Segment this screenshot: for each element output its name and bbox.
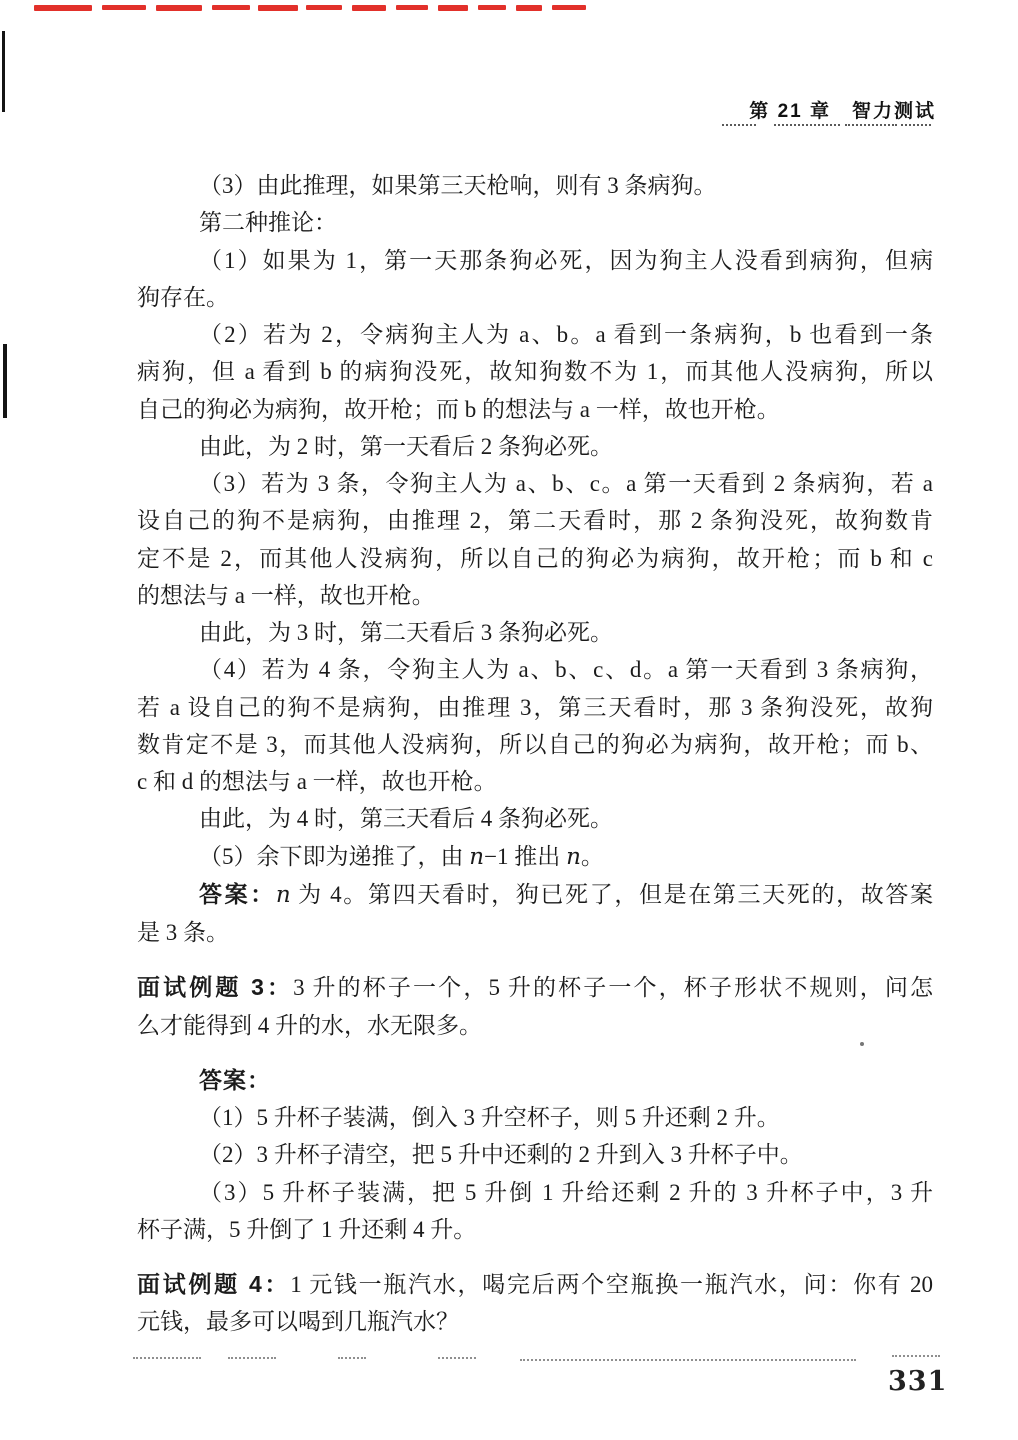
text-segment: 第二种推论： [199, 210, 337, 235]
left-edge-scan-mark [3, 344, 7, 418]
text-segment: 是 3 条。 [137, 920, 229, 945]
text-segment: 1 元钱一瓶汽水，喝完后两个空瓶换一瓶汽水，问：你有 20 [290, 1272, 933, 1297]
red-scan-mark [212, 5, 250, 10]
red-scan-mark [258, 5, 298, 11]
text-segment: 杯子满，5 升倒了 1 升还剩 4 升。 [137, 1217, 476, 1242]
red-scan-mark [102, 5, 146, 10]
text-line: 答案： [137, 1062, 933, 1099]
text-segment: （3）5 升杯子装满，把 5 升倒 1 升给还剩 2 升的 3 升杯子中，3 升 [199, 1180, 933, 1205]
text-segment: 设自己的狗不是病狗，由推理 2，第二天看时，那 2 条狗没死，故狗数肯 [137, 508, 933, 533]
text-line: 病狗，但 a 看到 b 的病狗没死，故知狗数不为 1，而其他人没病狗，所以 [137, 353, 933, 390]
text-segment: n [566, 844, 581, 870]
left-edge-scan-mark [2, 31, 5, 112]
text-line: （5）余下即为递推了，由 n−1 推出 n。 [137, 838, 933, 876]
text-segment: （1）5 升杯子装满，倒入 3 升空杯子，则 5 升还剩 2 升。 [199, 1105, 780, 1130]
header-rule-segment [845, 124, 897, 126]
text-segment: 元钱，最多可以喝到几瓶汽水？ [137, 1309, 459, 1334]
text-segment: （3）若为 3 条，令狗主人为 a、b、c。a 第一天看到 2 条病狗，若 a [199, 471, 933, 496]
text-segment: −1 推出 [484, 844, 566, 869]
footer-rule-segment [520, 1359, 856, 1361]
text-segment: n [276, 882, 291, 908]
text-line: c 和 d 的想法与 a 一样，故也开枪。 [137, 763, 933, 800]
text-segment: 由此，为 3 时，第二天看后 3 条狗必死。 [199, 620, 613, 645]
header-rule-segment [774, 124, 840, 126]
red-scan-mark [552, 5, 586, 10]
text-segment: （1）如果为 1，第一天那条狗必死，因为狗主人没看到病狗，但病 [199, 248, 933, 273]
text-line: （2）若为 2，令病狗主人为 a、b。a 看到一条病狗，b 也看到一条 [137, 316, 933, 353]
text-line: 第二种推论： [137, 204, 933, 241]
text-segment: 为 4。第四天看时，狗已死了，但是在第三天死的，故答案 [291, 882, 933, 907]
text-line: 狗存在。 [137, 279, 933, 316]
text-line: 面试例题 4：1 元钱一瓶汽水，喝完后两个空瓶换一瓶汽水，问：你有 20 [137, 1266, 933, 1303]
text-line: 是 3 条。 [137, 914, 933, 951]
bold-label: 面试例题 4： [137, 1271, 290, 1297]
text-block: （3）由此推理，如果第三天枪响，则有 3 条病狗。第二种推论：（1）如果为 1，… [137, 167, 933, 1341]
text-line: 由此，为 4 时，第三天看后 4 条狗必死。 [137, 800, 933, 837]
footer-rule-segment [133, 1357, 201, 1359]
header-rule-segment [901, 124, 931, 126]
red-scan-mark [478, 5, 506, 10]
book-page: 第 21 章 智力测试 （3）由此推理，如果第三天枪响，则有 3 条病狗。第二种… [0, 0, 1018, 1440]
footer-rule-segment [338, 1357, 366, 1359]
page-number: 331 [888, 1366, 947, 1397]
text-line: 自己的狗必为病狗，故开枪；而 b 的想法与 a 一样，故也开枪。 [137, 391, 933, 428]
text-segment: 狗存在。 [137, 285, 229, 310]
text-segment: 由此，为 4 时，第三天看后 4 条狗必死。 [199, 806, 613, 831]
text-line: 若 a 设自己的狗不是病狗，由推理 3，第三天看时，那 3 条狗没死，故狗 [137, 689, 933, 726]
text-segment: 3 升的杯子一个，5 升的杯子一个，杯子形状不规则，问怎 [293, 975, 933, 1000]
text-segment: n [469, 844, 484, 870]
text-line: （3）若为 3 条，令狗主人为 a、b、c。a 第一天看到 2 条病狗，若 a [137, 465, 933, 502]
chapter-running-head: 第 21 章 智力测试 [749, 96, 936, 123]
bold-label: 答案： [199, 1067, 271, 1093]
text-segment: 自己的狗必为病狗，故开枪；而 b 的想法与 a 一样，故也开枪。 [137, 397, 780, 422]
red-scan-mark [352, 5, 386, 11]
text-line: 由此，为 2 时，第一天看后 2 条狗必死。 [137, 428, 933, 465]
text-line: 杯子满，5 升倒了 1 升还剩 4 升。 [137, 1211, 933, 1248]
text-line: 由此，为 3 时，第二天看后 3 条狗必死。 [137, 614, 933, 651]
scan-speck [860, 1042, 864, 1046]
red-scan-mark [156, 5, 202, 11]
text-segment: （4）若为 4 条，令狗主人为 a、b、c、d。a 第一天看到 3 条病狗， [199, 657, 933, 682]
text-segment: 病狗，但 a 看到 b 的病狗没死，故知狗数不为 1，而其他人没病狗，所以 [137, 359, 933, 384]
red-scan-mark [396, 5, 428, 10]
red-scan-mark [516, 5, 542, 11]
text-segment: 。 [581, 844, 604, 869]
red-scan-mark [306, 5, 342, 10]
text-segment: 由此，为 2 时，第一天看后 2 条狗必死。 [199, 434, 613, 459]
text-segment: 若 a 设自己的狗不是病狗，由推理 3，第三天看时，那 3 条狗没死，故狗 [137, 695, 933, 720]
footer-rule-segment [438, 1357, 476, 1359]
text-segment: 数肯定不是 3，而其他人没病狗，所以自己的狗必为病狗，故开枪；而 b、 [137, 732, 933, 757]
text-line: 设自己的狗不是病狗，由推理 2，第二天看时，那 2 条狗没死，故狗数肯 [137, 502, 933, 539]
text-line: （1）5 升杯子装满，倒入 3 升空杯子，则 5 升还剩 2 升。 [137, 1099, 933, 1136]
text-segment: （2）若为 2，令病狗主人为 a、b。a 看到一条病狗，b 也看到一条 [199, 322, 933, 347]
text-segment: （2）3 升杯子清空，把 5 升中还剩的 2 升到入 3 升杯子中。 [199, 1142, 803, 1167]
text-segment: （3）由此推理，如果第三天枪响，则有 3 条病狗。 [199, 173, 717, 198]
text-line: （1）如果为 1，第一天那条狗必死，因为狗主人没看到病狗，但病 [137, 242, 933, 279]
red-scan-mark [438, 5, 468, 11]
text-segment: 定不是 2，而其他人没病狗，所以自己的狗必为病狗，故开枪；而 b 和 c [137, 546, 933, 571]
bold-label: 答案： [199, 881, 276, 907]
text-line: 数肯定不是 3，而其他人没病狗，所以自己的狗必为病狗，故开枪；而 b、 [137, 726, 933, 763]
footer-rule-segment [892, 1355, 940, 1357]
bold-label: 面试例题 3： [137, 974, 293, 1000]
text-segment: c 和 d 的想法与 a 一样，故也开枪。 [137, 769, 497, 794]
text-line: 的想法与 a 一样，故也开枪。 [137, 577, 933, 614]
text-segment: （5）余下即为递推了，由 [199, 844, 469, 869]
text-line: （4）若为 4 条，令狗主人为 a、b、c、d。a 第一天看到 3 条病狗， [137, 651, 933, 688]
text-line: 定不是 2，而其他人没病狗，所以自己的狗必为病狗，故开枪；而 b 和 c [137, 540, 933, 577]
text-line: （3）5 升杯子装满，把 5 升倒 1 升给还剩 2 升的 3 升杯子中，3 升 [137, 1174, 933, 1211]
text-line: 面试例题 3：3 升的杯子一个，5 升的杯子一个，杯子形状不规则，问怎 [137, 969, 933, 1006]
text-line: （3）由此推理，如果第三天枪响，则有 3 条病狗。 [137, 167, 933, 204]
header-rule-segment [722, 124, 756, 126]
text-line: 么才能得到 4 升的水，水无限多。 [137, 1007, 933, 1044]
text-segment: 的想法与 a 一样，故也开枪。 [137, 583, 435, 608]
text-line: （2）3 升杯子清空，把 5 升中还剩的 2 升到入 3 升杯子中。 [137, 1136, 933, 1173]
text-line: 元钱，最多可以喝到几瓶汽水？ [137, 1303, 933, 1340]
text-line: 答案：n 为 4。第四天看时，狗已死了，但是在第三天死的，故答案 [137, 876, 933, 914]
footer-rule-segment [228, 1357, 276, 1359]
red-scan-mark [34, 5, 92, 11]
text-segment: 么才能得到 4 升的水，水无限多。 [137, 1013, 482, 1038]
